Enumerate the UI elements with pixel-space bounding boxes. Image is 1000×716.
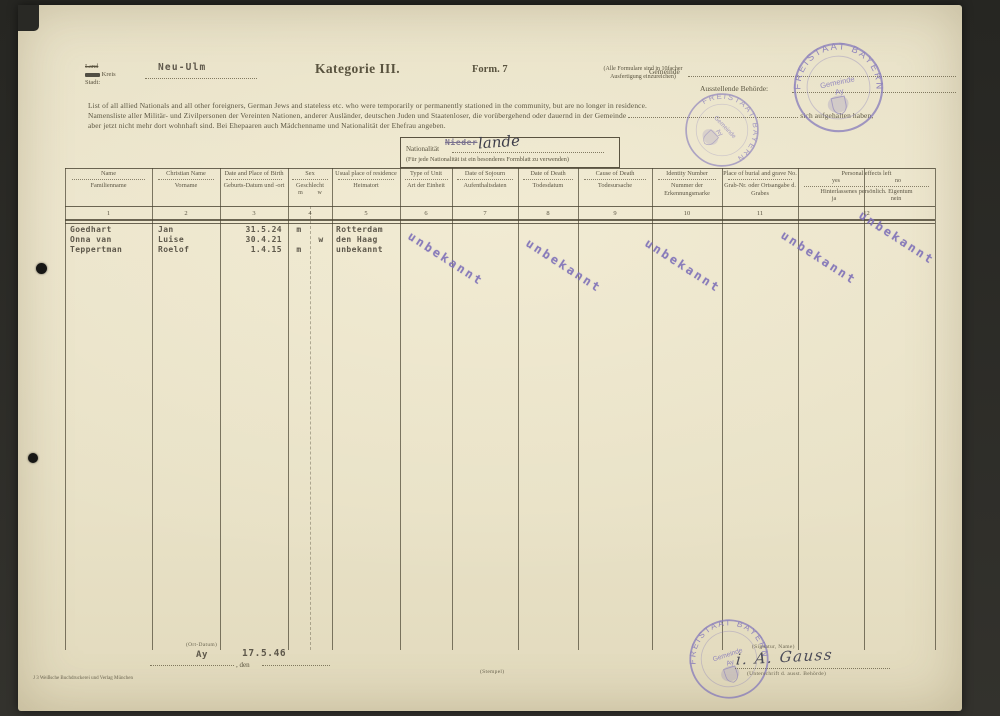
cell-family-name: Teppertman: [70, 246, 150, 254]
table-column-line: [578, 168, 579, 650]
cell-first-name: Luise: [158, 236, 218, 244]
table-column-line: [332, 168, 333, 650]
printer-imprint: J 3 Weißsche Buchdruckerei und Verlag Mü…: [33, 676, 133, 681]
table-column-number: 11: [723, 207, 797, 217]
table-column-line: [65, 168, 66, 650]
table-column-line: [152, 168, 153, 650]
cell-family-name: Onna van: [70, 236, 150, 244]
table-column-number: 4: [289, 207, 331, 217]
table-column-number: 10: [653, 207, 721, 217]
table-subcolumn-line: [864, 168, 865, 650]
cell-family-name: Goedhart: [70, 226, 150, 234]
signature-dotted-line: [735, 668, 890, 669]
table-column-line: [722, 168, 723, 650]
table-column-number: 1: [66, 207, 151, 217]
table-rule: [65, 168, 935, 169]
table-header-cell: Date and Place of BirthGeburts-Datum und…: [221, 170, 287, 204]
table-column-line: [935, 168, 936, 650]
table-column-line: [452, 168, 453, 650]
cell-first-name: Jan: [158, 226, 218, 234]
table-header-cell: Type of UnitArt der Einheit: [401, 170, 451, 204]
table-rule: [65, 219, 935, 221]
round-stamp-graphic: FREISTAAT BAYERN Gemeinde Ay: [782, 31, 895, 144]
table-column-line: [518, 168, 519, 650]
footer-dotted-line: [262, 665, 330, 666]
table-rule: [65, 223, 935, 224]
table-header-cell: Place of burial and grave No.Grab-Nr. od…: [723, 170, 797, 204]
cell-sex: m: [288, 246, 310, 254]
table-header-cell: NameFamilienname: [66, 170, 151, 204]
table-header-cell: Usual place of residenceHeimatort: [333, 170, 399, 204]
screenshot-root: { "colors": { "background": "#2b2b27", "…: [0, 0, 1000, 716]
footer-dotted-line: [150, 665, 234, 666]
table-header-cell: Personal effects leftyesnoHinterlassenes…: [799, 170, 934, 204]
table-column-number: 2: [153, 207, 219, 217]
table-column-number: 8: [519, 207, 577, 217]
cell-residence: Rotterdam: [336, 226, 400, 234]
cell-sex: w: [310, 236, 332, 244]
cell-birth-date: 1.4.15: [220, 246, 282, 254]
footer-date-typed: 17.5.46: [242, 648, 286, 659]
footer-place-typed: Ay: [196, 650, 208, 660]
table-column-line: [400, 168, 401, 650]
table-header-cell: Date of DeathTodesdatum: [519, 170, 577, 204]
table-header-cell: Christian NameVorname: [153, 170, 219, 204]
cell-first-name: Roelof: [158, 246, 218, 254]
unterschrift-label: (Unterschrift d. ausst. Behörde): [747, 671, 826, 677]
stempel-label: (Stempel): [480, 669, 504, 675]
stamp-shield-blot: [826, 94, 850, 115]
cell-birth-date: 30.4.21: [220, 236, 282, 244]
freistaat-bayern-stamp: FREISTAAT BAYERN Gemeinde Ay: [782, 31, 895, 144]
stamp-inner-text: Ay: [834, 86, 845, 97]
table-column-number: 7: [453, 207, 517, 217]
table-column-number: 3: [221, 207, 287, 217]
table-header-cell: SexGeschlechtmw: [289, 170, 331, 204]
table-column-number: 5: [333, 207, 399, 217]
den-label: , den: [236, 661, 250, 669]
table-sex-divider-line: [310, 206, 311, 650]
table-column-number: 6: [401, 207, 451, 217]
table-header-cell: Date of SojournAufenthaltsdaten: [453, 170, 517, 204]
ort-datum-label: (Ort-Datum): [186, 642, 217, 648]
cell-sex: m: [288, 226, 310, 234]
cell-birth-date: 31.5.24: [220, 226, 282, 234]
table-column-line: [288, 168, 289, 650]
cell-residence: den Haag: [336, 236, 400, 244]
table-header-cell: Cause of DeathTodesursache: [579, 170, 651, 204]
cell-residence: unbekannt: [336, 246, 400, 254]
table-column-number: 9: [579, 207, 651, 217]
